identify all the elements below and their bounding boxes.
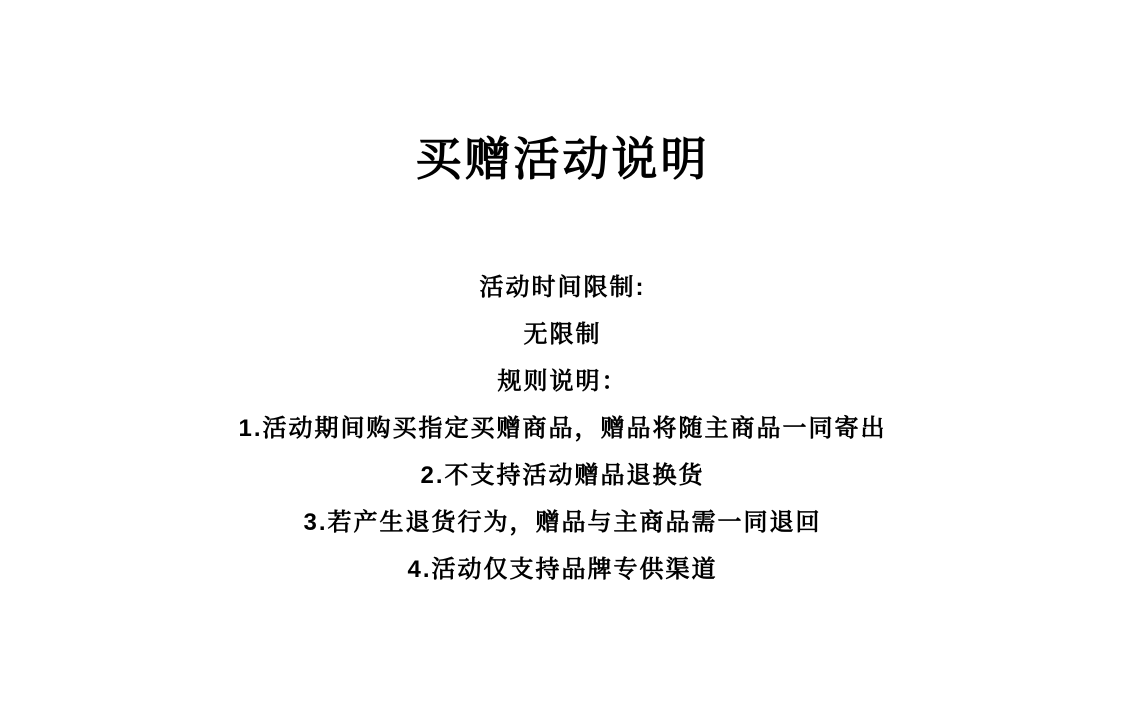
rules-line-time-limit-label: 活动时间限制: — [0, 264, 1125, 311]
rules-line-3: 3.若产生退货行为，赠品与主商品需一同退回 — [0, 499, 1125, 546]
page-title: 买赠活动说明 — [0, 0, 1125, 186]
rules-line-1: 1.活动期间购买指定买赠商品，赠品将随主商品一同寄出 — [0, 405, 1125, 452]
rules-list: 活动时间限制: 无限制 规则说明： 1.活动期间购买指定买赠商品，赠品将随主商品… — [0, 264, 1125, 593]
promo-description-page: 买赠活动说明 活动时间限制: 无限制 规则说明： 1.活动期间购买指定买赠商品，… — [0, 0, 1125, 720]
rules-line-4: 4.活动仅支持品牌专供渠道 — [0, 546, 1125, 593]
rules-line-2: 2.不支持活动赠品退换货 — [0, 452, 1125, 499]
rules-line-rules-heading: 规则说明： — [0, 358, 1125, 405]
rules-line-time-limit-value: 无限制 — [0, 311, 1125, 358]
